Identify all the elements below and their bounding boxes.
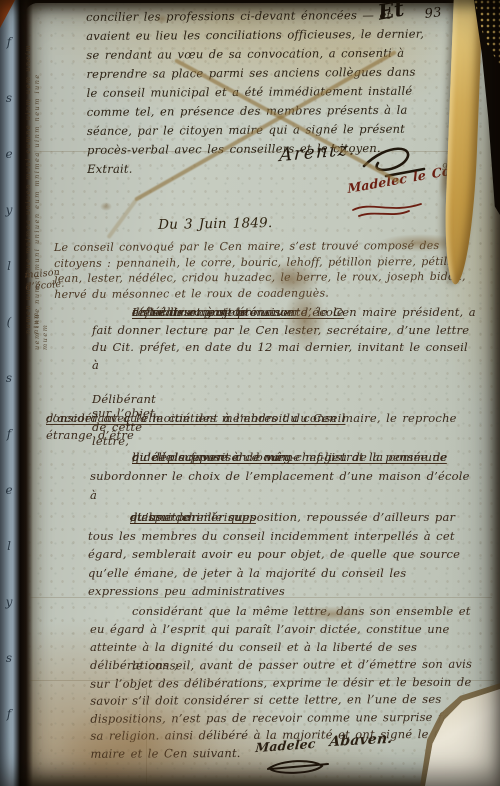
handwriting-segment: . — [92, 304, 136, 322]
underlined-phrase: d’accord avec la moitié des membres du c… — [46, 410, 345, 427]
handwriting-segment: ; — [46, 410, 50, 427]
countersignature-swash-icon — [349, 196, 431, 222]
handwriting-segment: ; — [90, 448, 136, 467]
handwriting-segment: Le conseil convoqué par le Cen maire, s’… — [54, 238, 476, 302]
date-heading: Du 3 Juin 1849. — [158, 215, 273, 233]
margin-note: maison d’école. — [24, 266, 72, 294]
handwriting-segment: ; — [88, 508, 134, 527]
underlined-phrase: du déplacement du bourg-chef-lieu de la … — [90, 448, 447, 467]
manuscript-photo: f s e y l ( s f e l y s f numen uum inue… — [0, 0, 500, 786]
closing-signature-second: Abaven. — [329, 731, 394, 750]
vertical-margin-annotation: uem inue numen muni uniuen eum mnimea ui… — [33, 50, 49, 350]
closing-signature-paraph-icon — [262, 756, 334, 780]
page-number: 93 — [424, 5, 442, 22]
